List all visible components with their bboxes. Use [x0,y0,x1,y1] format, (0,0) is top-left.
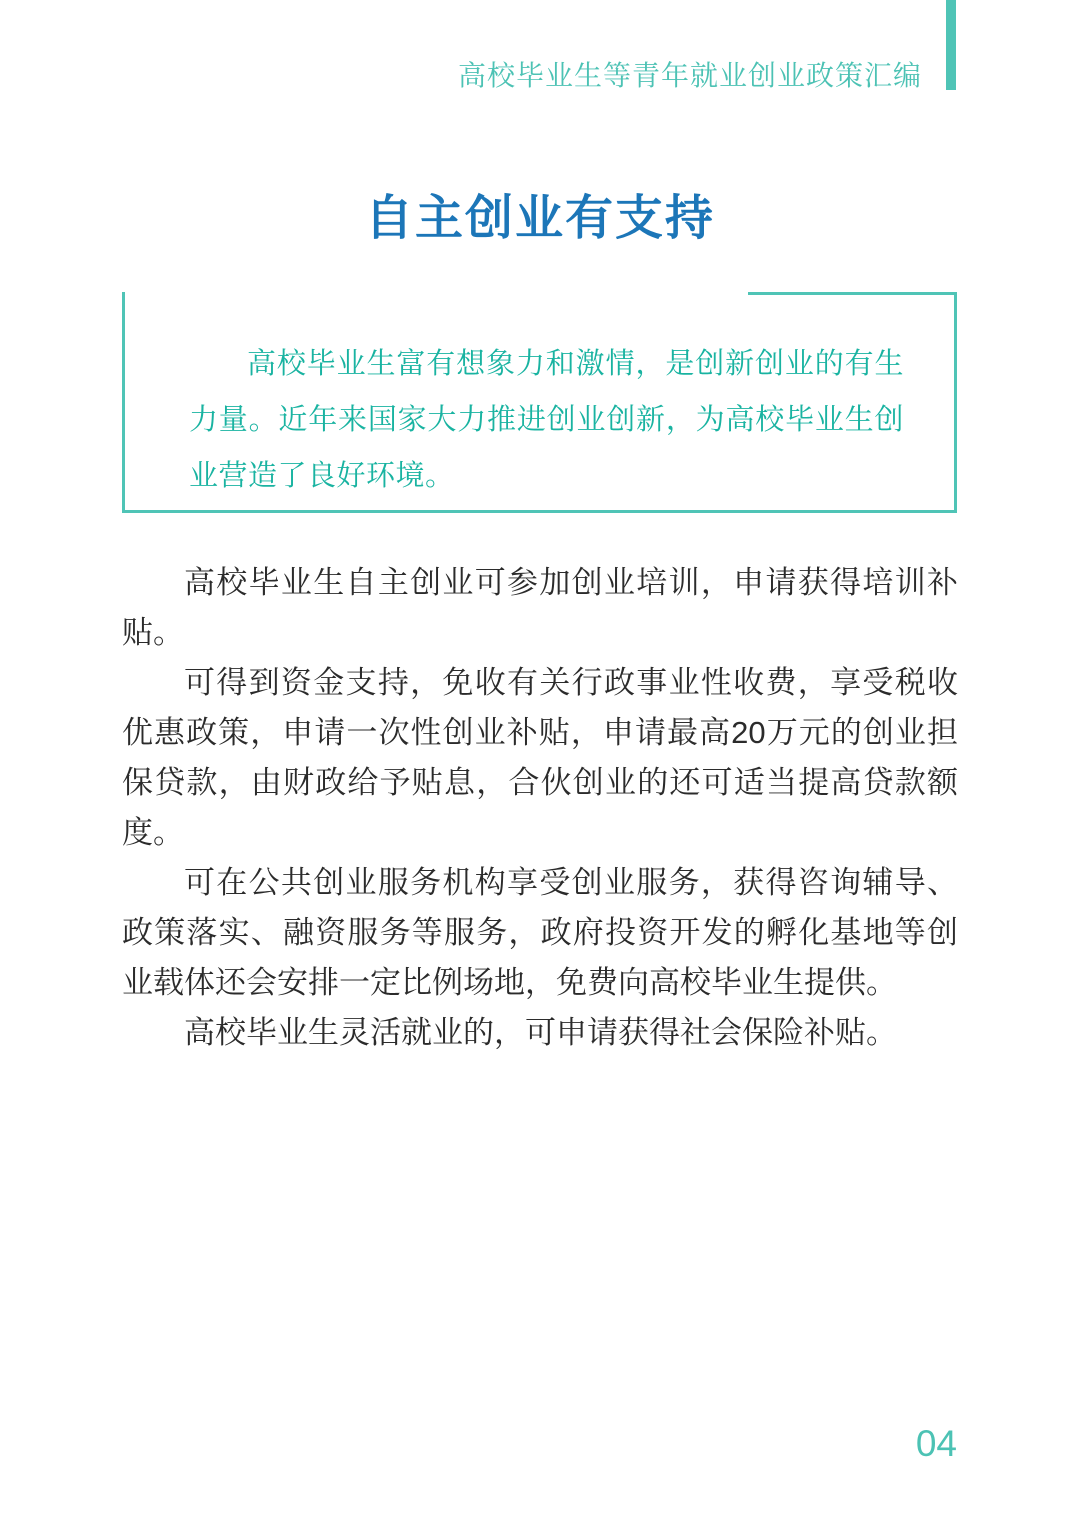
body-paragraph-1: 高校毕业生自主创业可参加创业培训，申请获得培训补贴。 [122,558,958,658]
quote-box: 高校毕业生富有想象力和激情，是创新创业的有生力量。近年来国家大力推进创业创新，为… [122,292,957,513]
accent-bar [946,0,956,90]
body-paragraph-4: 高校毕业生灵活就业的，可申请获得社会保险补贴。 [122,1008,958,1058]
document-page: 高校毕业生等青年就业创业政策汇编 自主创业有支持 高校毕业生富有想象力和激情，是… [0,0,1080,1534]
running-head-title: 高校毕业生等青年就业创业政策汇编 [458,60,922,92]
quote-box-top-line [748,292,954,295]
page-number: 04 [916,1424,957,1464]
page-title: 自主创业有支持 [0,190,1080,248]
body-copy: 高校毕业生自主创业可参加创业培训，申请获得培训补贴。 可得到资金支持，免收有关行… [122,558,958,1058]
body-paragraph-2: 可得到资金支持，免收有关行政事业性收费，享受税收优惠政策，申请一次性创业补贴，申… [122,658,958,858]
quote-text: 高校毕业生富有想象力和激情，是创新创业的有生力量。近年来国家大力推进创业创新，为… [125,292,954,504]
body-paragraph-3: 可在公共创业服务机构享受创业服务，获得咨询辅导、政策落实、融资服务等服务，政府投… [122,858,958,1008]
